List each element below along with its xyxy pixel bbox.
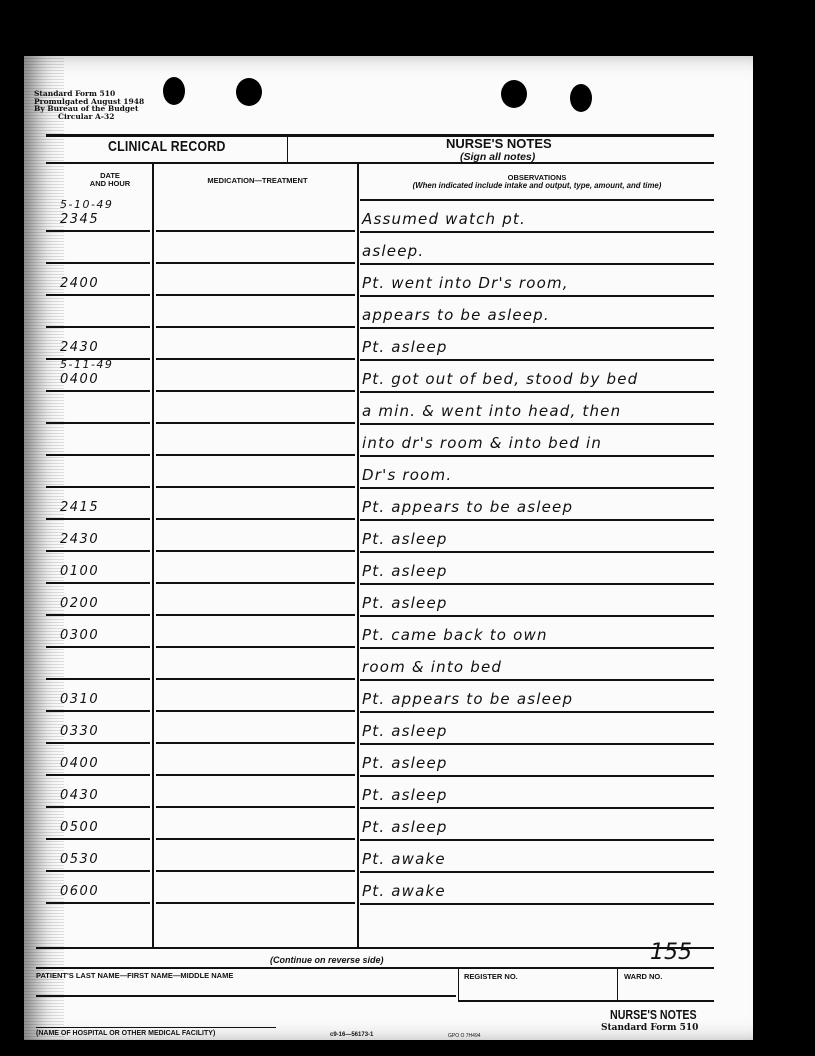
entry-observation: Pt. awake — [362, 850, 446, 868]
row-rule-medication — [156, 390, 355, 392]
date-hour-header: DATEAND HOUR — [65, 172, 155, 188]
row-rule-date — [46, 550, 150, 552]
gpo-code: GPO O 7H494 — [448, 1033, 481, 1039]
row-rule-medication — [156, 774, 355, 776]
entry-observation: appears to be asleep. — [362, 306, 550, 324]
row-rule-observation — [360, 231, 714, 233]
row-rule-date — [46, 902, 150, 904]
row-rule-medication — [156, 678, 355, 680]
entry-time: 0600 — [60, 884, 99, 899]
row-rule-date — [46, 454, 150, 456]
entry-observation: Dr's room. — [362, 466, 452, 484]
row-rule-observation — [360, 455, 714, 457]
row-rule-medication — [156, 422, 355, 424]
nurses-notes-title: NURSE'S NOTES — [446, 136, 552, 151]
punch-hole — [163, 77, 185, 105]
entry-time: 2430 — [60, 532, 99, 547]
entry-time: 0530 — [60, 852, 99, 867]
row-rule-medication — [156, 454, 355, 456]
row-rule-medication — [156, 550, 355, 552]
row-rule-date — [46, 710, 150, 712]
row-rule-medication — [156, 806, 355, 808]
entry-time: 0100 — [60, 564, 99, 579]
scan-border — [0, 1040, 815, 1056]
row-rule-observation — [360, 519, 714, 521]
entry-observation: Pt. asleep — [362, 754, 448, 772]
entry-date: 5-10-49 — [60, 198, 113, 211]
row-rule-date — [46, 518, 150, 520]
medication-header: MEDICATION—TREATMENT — [160, 177, 355, 185]
ward-no-label: WARD NO. — [624, 972, 662, 981]
register-no-label: REGISTER NO. — [464, 972, 518, 981]
entry-time: 2430 — [60, 340, 99, 355]
row-rule-date — [46, 390, 150, 392]
row-rule-medication — [156, 614, 355, 616]
footer-register-rule — [458, 1000, 714, 1002]
row-rule-observation — [360, 839, 714, 841]
entry-observation: Pt. asleep — [362, 722, 448, 740]
row-rule-medication — [156, 518, 355, 520]
row-rule-date — [46, 230, 150, 232]
row-rule-observation — [360, 871, 714, 873]
entry-time: 0330 — [60, 724, 99, 739]
entry-time: 0500 — [60, 820, 99, 835]
entry-time: 0300 — [60, 628, 99, 643]
row-rule-observation — [360, 807, 714, 809]
entry-observation: Pt. went into Dr's room, — [362, 274, 569, 292]
row-rule-medication — [156, 710, 355, 712]
entry-observation: Pt. appears to be asleep — [362, 690, 573, 708]
row-rule-observation — [360, 551, 714, 553]
row-rule-medication — [156, 486, 355, 488]
hospital-label: (NAME OF HOSPITAL OR OTHER MEDICAL FACIL… — [36, 1030, 215, 1037]
entry-time: 0400 — [60, 756, 99, 771]
observations-header: OBSERVATIONS (When indicated include int… — [362, 174, 712, 190]
print-code: c9-16—56173-1 — [330, 1032, 373, 1038]
header-top-rule — [46, 134, 714, 137]
row-rule-observation — [360, 647, 714, 649]
row-rule-date — [46, 614, 150, 616]
entry-observation: Pt. asleep — [362, 818, 448, 836]
entry-observation: into dr's room & into bed in — [362, 434, 602, 452]
punch-hole — [570, 84, 592, 112]
row-rule-observation — [360, 903, 714, 905]
footer-form-number: Standard Form 510 — [601, 1023, 698, 1033]
entry-observation: Pt. asleep — [362, 562, 448, 580]
row-rule-observation — [360, 487, 714, 489]
row-rule-medication — [156, 838, 355, 840]
ward-divider — [617, 968, 618, 1000]
row-rule-observation — [360, 679, 714, 681]
row-rule-date — [46, 870, 150, 872]
row-rule-medication — [156, 294, 355, 296]
footer-top-rule — [36, 967, 714, 969]
entry-time: 0400 — [60, 372, 99, 387]
row-rule-date — [46, 806, 150, 808]
row-rule-date — [46, 262, 150, 264]
row-rule-date — [46, 646, 150, 648]
table-bottom-rule — [36, 947, 714, 949]
entry-observation: Pt. asleep — [362, 338, 448, 356]
entry-observation: Pt. appears to be asleep — [362, 498, 573, 516]
row-rule-medication — [156, 902, 355, 904]
row-rule-observation — [360, 615, 714, 617]
row-rule-observation — [360, 391, 714, 393]
header-divider — [287, 136, 288, 162]
clinical-record-title: CLINICAL RECORD — [108, 138, 226, 155]
entry-time: 0430 — [60, 788, 99, 803]
row-rule-observation — [360, 263, 714, 265]
row-rule-medication — [156, 326, 355, 328]
column-divider-date — [152, 164, 154, 947]
entry-time: 0200 — [60, 596, 99, 611]
entry-observation: a min. & went into head, then — [362, 402, 621, 420]
entry-observation: Pt. awake — [362, 882, 446, 900]
punch-hole — [501, 80, 527, 108]
row-rule-date — [46, 294, 150, 296]
row-rule-observation — [360, 711, 714, 713]
row-rule-date — [46, 326, 150, 328]
row-rule-date — [46, 422, 150, 424]
entry-date: 5-11-49 — [60, 358, 113, 371]
row-rule-observation — [360, 327, 714, 329]
entry-observation: Pt. got out of bed, stood by bed — [362, 370, 638, 388]
row-rule-medication — [156, 230, 355, 232]
row-rule-observation — [360, 743, 714, 745]
row-rule-medication — [156, 582, 355, 584]
entry-observation: Pt. asleep — [362, 530, 448, 548]
row-rule-observation — [360, 583, 714, 585]
entry-observation: Assumed watch pt. — [362, 210, 526, 228]
row-rule-medication — [156, 358, 355, 360]
page-number: 155 — [650, 940, 692, 965]
row-rule-observation — [360, 295, 714, 297]
row-rule-date — [46, 582, 150, 584]
row-rule-medication — [156, 262, 355, 264]
entry-observation: Pt. came back to own — [362, 626, 548, 644]
row-rule-date — [46, 742, 150, 744]
continue-note: (Continue on reverse side) — [270, 955, 384, 965]
row-rule-observation — [360, 359, 714, 361]
entry-time: 2415 — [60, 500, 99, 515]
patient-name-rule — [36, 995, 456, 997]
standard-form-notice: Standard Form 510 Promulgated August 194… — [34, 90, 144, 120]
header-bottom-rule — [46, 162, 714, 164]
entry-time: 2400 — [60, 276, 99, 291]
row-rule-date — [46, 678, 150, 680]
patient-name-label: PATIENT'S LAST NAME—FIRST NAME—MIDDLE NA… — [36, 971, 233, 980]
row-rule-date — [46, 838, 150, 840]
entry-time: 0310 — [60, 692, 99, 707]
row-rule-date — [46, 486, 150, 488]
row-rule-date — [46, 774, 150, 776]
entry-observation: room & into bed — [362, 658, 502, 676]
footer-form-title: NURSE'S NOTES — [610, 1007, 697, 1022]
row-rule-observation — [360, 775, 714, 777]
column-header-rule — [360, 199, 714, 201]
entry-observation: Pt. asleep — [362, 594, 448, 612]
row-rule-medication — [156, 870, 355, 872]
entry-observation: Pt. asleep — [362, 786, 448, 804]
entry-time: 2345 — [60, 212, 99, 227]
row-rule-medication — [156, 742, 355, 744]
row-rule-medication — [156, 646, 355, 648]
register-divider — [458, 968, 459, 1000]
punch-hole — [236, 78, 262, 106]
row-rule-observation — [360, 423, 714, 425]
entry-observation: asleep. — [362, 242, 424, 260]
column-divider-medication — [357, 164, 359, 947]
sign-all-notes: (Sign all notes) — [460, 151, 535, 163]
hospital-rule — [36, 1027, 276, 1028]
